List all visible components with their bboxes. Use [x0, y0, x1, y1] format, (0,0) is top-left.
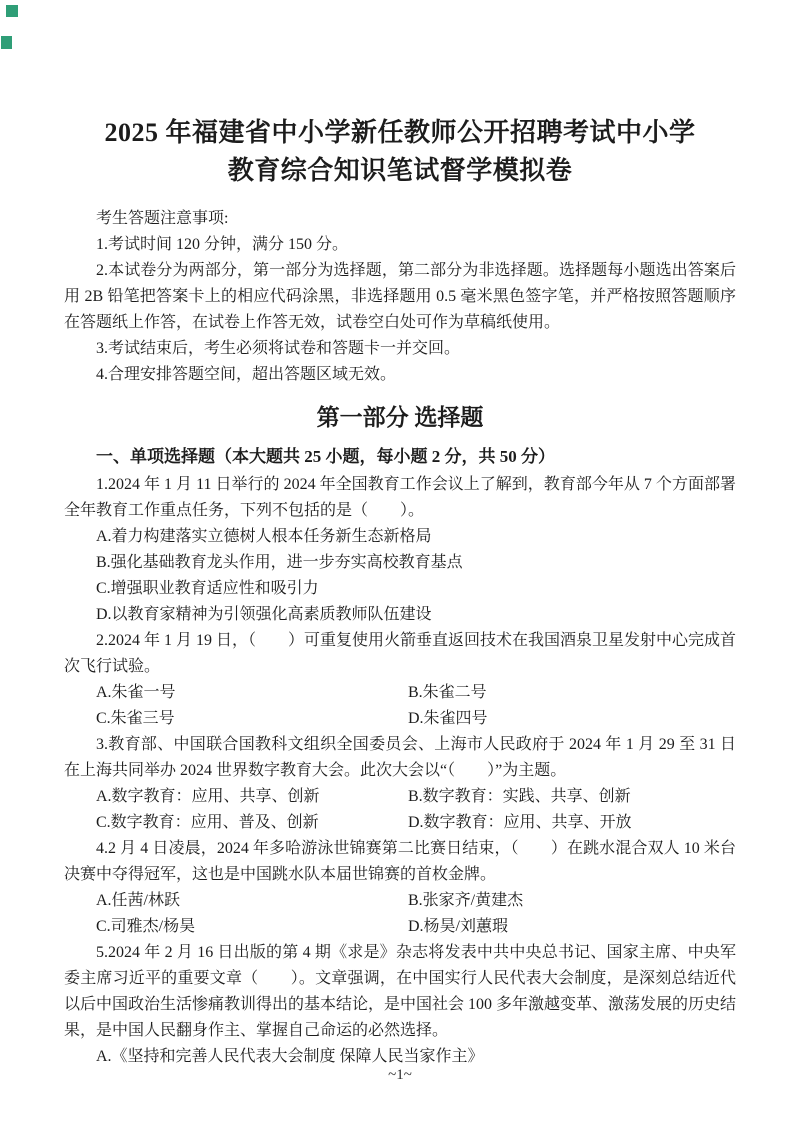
question-4: 4.2 月 4 日凌晨，2024 年多哈游泳世锦赛第二比赛日结束，（ ）在跳水混… — [64, 836, 736, 940]
question-3-option-c: C.数字教育：应用、普及、创新 — [96, 810, 408, 836]
question-4-options-row-2: C.司雅杰/杨昊 D.杨昊/刘蕙瑕 — [64, 914, 736, 940]
notice-item-3: 3.考试结束后，考生必须将试卷和答题卡一并交回。 — [64, 336, 736, 362]
page-content: 2025 年福建省中小学新任教师公开招聘考试中小学 教育综合知识笔试督学模拟卷 … — [64, 0, 736, 1070]
question-4-options-row-1: A.任茜/林跃 B.张家齐/黄建杰 — [64, 888, 736, 914]
question-1-option-a: A.着力构建落实立德树人根本任务新生态新格局 — [64, 524, 736, 550]
question-2-option-b: B.朱雀二号 — [408, 680, 736, 706]
question-1-option-c: C.增强职业教育适应性和吸引力 — [64, 576, 736, 602]
question-3-option-b: B.数字教育：实践、共享、创新 — [408, 784, 736, 810]
question-2: 2.2024 年 1 月 19 日，（ ）可重复使用火箭垂直返回技术在我国酒泉卫… — [64, 628, 736, 732]
paper-title-line1: 2025 年福建省中小学新任教师公开招聘考试中小学 — [64, 114, 736, 152]
question-2-options-row-2: C.朱雀三号 D.朱雀四号 — [64, 706, 736, 732]
paper-title-line2: 教育综合知识笔试督学模拟卷 — [64, 152, 736, 190]
corner-mark-left — [1, 36, 12, 49]
notice-item-1: 1.考试时间 120 分钟，满分 150 分。 — [64, 232, 736, 258]
question-2-options-row-1: A.朱雀一号 B.朱雀二号 — [64, 680, 736, 706]
question-4-option-b: B.张家齐/黄建杰 — [408, 888, 736, 914]
notice-item-2: 2.本试卷分为两部分，第一部分为选择题，第二部分为非选择题。选择题每小题选出答案… — [64, 258, 736, 336]
exam-paper-page: 2025 年福建省中小学新任教师公开招聘考试中小学 教育综合知识笔试督学模拟卷 … — [0, 0, 800, 1132]
notice-item-4: 4.合理安排答题空间，超出答题区域无效。 — [64, 362, 736, 388]
question-3-options-row-2: C.数字教育：应用、普及、创新 D.数字教育：应用、共享、开放 — [64, 810, 736, 836]
question-1: 1.2024 年 1 月 11 日举行的 2024 年全国教育工作会议上了解到，… — [64, 472, 736, 628]
notice-heading: 考生答题注意事项: — [64, 206, 736, 232]
question-1-stem: 1.2024 年 1 月 11 日举行的 2024 年全国教育工作会议上了解到，… — [64, 472, 736, 524]
question-3-option-d: D.数字教育：应用、共享、开放 — [408, 810, 736, 836]
corner-mark-top — [6, 5, 18, 17]
section-heading: 一、单项选择题（本大题共 25 小题，每小题 2 分，共 50 分） — [64, 442, 736, 472]
question-4-option-a: A.任茜/林跃 — [96, 888, 408, 914]
question-1-option-d: D.以教育家精神为引领强化高素质教师队伍建设 — [64, 602, 736, 628]
part-heading: 第一部分 选择题 — [64, 400, 736, 436]
question-3-options-row-1: A.数字教育：应用、共享、创新 B.数字教育：实践、共享、创新 — [64, 784, 736, 810]
question-4-option-d: D.杨昊/刘蕙瑕 — [408, 914, 736, 940]
question-3-stem: 3.教育部、中国联合国教科文组织全国委员会、上海市人民政府于 2024 年 1 … — [64, 732, 736, 784]
question-2-option-d: D.朱雀四号 — [408, 706, 736, 732]
question-2-option-a: A.朱雀一号 — [96, 680, 408, 706]
question-3-option-a: A.数字教育：应用、共享、创新 — [96, 784, 408, 810]
page-number: ~1~ — [0, 1064, 800, 1086]
question-3: 3.教育部、中国联合国教科文组织全国委员会、上海市人民政府于 2024 年 1 … — [64, 732, 736, 836]
question-4-option-c: C.司雅杰/杨昊 — [96, 914, 408, 940]
question-1-option-b: B.强化基础教育龙头作用，进一步夯实高校教育基点 — [64, 550, 736, 576]
question-5-stem: 5.2024 年 2 月 16 日出版的第 4 期《求是》杂志将发表中共中央总书… — [64, 940, 736, 1044]
question-2-stem: 2.2024 年 1 月 19 日，（ ）可重复使用火箭垂直返回技术在我国酒泉卫… — [64, 628, 736, 680]
question-4-stem: 4.2 月 4 日凌晨，2024 年多哈游泳世锦赛第二比赛日结束，（ ）在跳水混… — [64, 836, 736, 888]
question-2-option-c: C.朱雀三号 — [96, 706, 408, 732]
question-5: 5.2024 年 2 月 16 日出版的第 4 期《求是》杂志将发表中共中央总书… — [64, 940, 736, 1070]
